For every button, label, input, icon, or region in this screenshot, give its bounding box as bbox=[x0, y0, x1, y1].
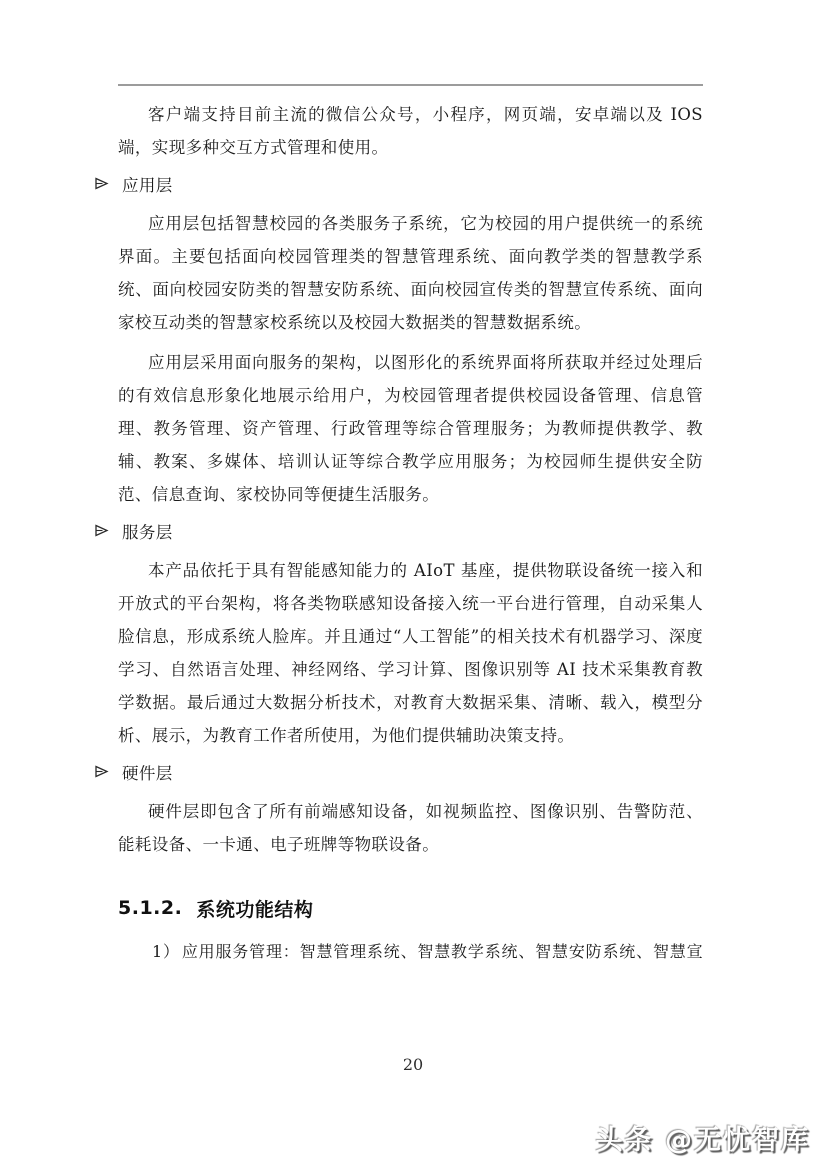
bullet-item-application-layer: 应用层 bbox=[94, 167, 703, 200]
paragraph: 本产品依托于具有智能感知能力的 AIoT 基座，提供物联设备统一接入和开放式的平… bbox=[118, 554, 703, 752]
bullet-item-service-layer: 服务层 bbox=[94, 514, 703, 547]
list-item-marker: 1） bbox=[152, 942, 182, 961]
section-heading-title: 系统功能结构 bbox=[196, 895, 313, 922]
bullet-item-label: 服务层 bbox=[122, 519, 173, 543]
arrow-bullet-icon bbox=[94, 176, 109, 191]
page-number: 20 bbox=[0, 1055, 826, 1074]
paragraph: 应用层采用面向服务的架构，以图形化的系统界面将所获取并经过处理后的有效信息形象化… bbox=[118, 346, 703, 511]
paragraph: 应用层包括智慧校园的各类服务子系统，它为校园的用户提供统一的系统界面。主要包括面… bbox=[118, 207, 703, 339]
bullet-item-label: 应用层 bbox=[122, 172, 173, 196]
watermark: 头条 @无忧智库 bbox=[596, 1118, 810, 1157]
header-rule bbox=[118, 84, 703, 86]
numbered-list-item: 1）应用服务管理：智慧管理系统、智慧教学系统、智慧安防系统、智慧宣 bbox=[118, 935, 703, 968]
page-content: 客户端支持目前主流的微信公众号，小程序，网页端，安卓端以及 IOS 端，实现多种… bbox=[118, 0, 703, 968]
paragraph: 硬件层即包含了所有前端感知设备，如视频监控、图像识别、告警防范、能耗设备、一卡通… bbox=[118, 795, 703, 861]
arrow-bullet-icon bbox=[94, 523, 109, 538]
section-heading: 5.1.2. 系统功能结构 bbox=[118, 893, 703, 923]
arrow-bullet-icon bbox=[94, 764, 109, 779]
bullet-item-hardware-layer: 硬件层 bbox=[94, 755, 703, 788]
intro-paragraph: 客户端支持目前主流的微信公众号，小程序，网页端，安卓端以及 IOS 端，实现多种… bbox=[118, 98, 703, 164]
bullet-item-label: 硬件层 bbox=[122, 760, 173, 784]
list-item-text: 应用服务管理：智慧管理系统、智慧教学系统、智慧安防系统、智慧宣 bbox=[182, 942, 703, 961]
section-heading-number: 5.1.2. bbox=[118, 897, 182, 919]
document-page: 客户端支持目前主流的微信公众号，小程序，网页端，安卓端以及 IOS 端，实现多种… bbox=[0, 0, 826, 1169]
